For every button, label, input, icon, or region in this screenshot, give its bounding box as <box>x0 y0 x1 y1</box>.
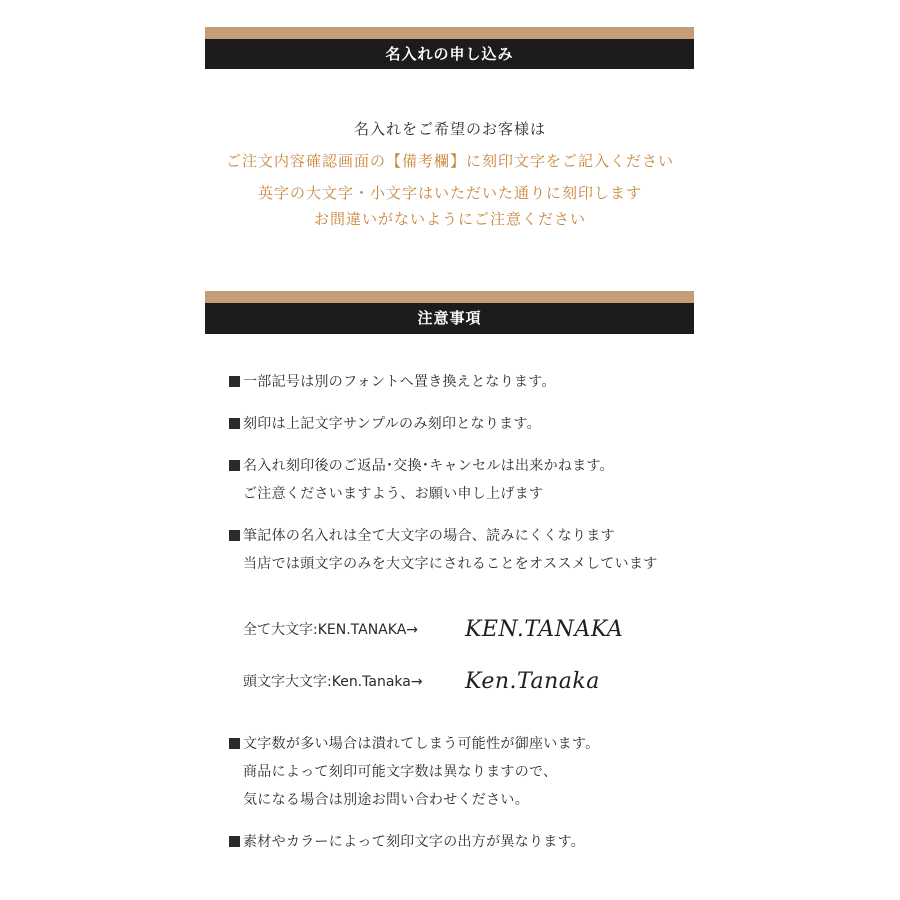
note-item: 素材やカラーによって刻印文字の出方が異なります。 <box>229 828 585 856</box>
section-header-apply: 名入れの申し込み <box>205 27 694 69</box>
square-bullet-icon <box>229 530 240 541</box>
note-text: 一部記号は別のフォントへ置き換えとなります。 <box>243 374 556 390</box>
note-text: 刻印は上記文字サンプルのみ刻印となります。 <box>243 416 541 432</box>
square-bullet-icon <box>229 836 240 847</box>
section-title-apply: 名入れの申し込み <box>205 39 694 69</box>
intro-lead-text: 名入れをご希望のお客様は <box>200 116 700 142</box>
note-text: ご注意くださいますよう、お願い申し上げます <box>229 480 614 508</box>
square-bullet-icon <box>229 738 240 749</box>
sample-all-caps: 全て大文字:KEN.TANAKA→ KEN.TANAKA <box>243 612 663 664</box>
intro-caution-note: お間違いがないようにご注意ください <box>200 206 700 232</box>
note-item: 刻印は上記文字サンプルのみ刻印となります。 <box>229 410 541 438</box>
square-bullet-icon <box>229 376 240 387</box>
sample-label: 頭文字大文字:Ken.Tanaka→ <box>243 672 423 692</box>
intro-case-note: 英字の大文字・小文字はいただいた通りに刻印します <box>200 180 700 206</box>
square-bullet-icon <box>229 460 240 471</box>
note-text: 素材やカラーによって刻印文字の出方が異なります。 <box>243 834 585 850</box>
note-text: 商品によって刻印可能文字数は異なりますので、 <box>229 758 599 786</box>
script-sample-image: KEN.TANAKA <box>465 612 623 648</box>
note-item: 筆記体の名入れは全て大文字の場合、読みにくくなります 当店では頭文字のみを大文字… <box>229 522 658 578</box>
note-text: 当店では頭文字のみを大文字にされることをオススメしています <box>229 550 658 578</box>
sample-initial-caps: 頭文字大文字:Ken.Tanaka→ Ken.Tanaka <box>243 664 663 716</box>
square-bullet-icon <box>229 418 240 429</box>
header-accent-stripe <box>205 291 694 303</box>
note-text: 名入れ刻印後のご返品･交換･キャンセルは出来かねます。 <box>243 458 614 474</box>
note-item: 名入れ刻印後のご返品･交換･キャンセルは出来かねます。 ご注意くださいますよう、… <box>229 452 614 508</box>
section-header-notes: 注意事項 <box>205 291 694 334</box>
note-item: 文字数が多い場合は潰れてしまう可能性が御座います。 商品によって刻印可能文字数は… <box>229 730 599 814</box>
intro-block: 名入れをご希望のお客様は ご注文内容確認画面の【備考欄】に刻印文字をご記入くださ… <box>200 116 700 232</box>
script-sample-image: Ken.Tanaka <box>465 664 600 700</box>
note-item: 一部記号は別のフォントへ置き換えとなります。 <box>229 368 556 396</box>
header-accent-stripe <box>205 27 694 39</box>
note-text: 筆記体の名入れは全て大文字の場合、読みにくくなります <box>243 528 615 544</box>
note-text: 文字数が多い場合は潰れてしまう可能性が御座います。 <box>243 736 599 752</box>
section-title-notes: 注意事項 <box>205 303 694 334</box>
intro-instruction-text: ご注文内容確認画面の【備考欄】に刻印文字をご記入ください <box>200 148 700 174</box>
sample-label: 全て大文字:KEN.TANAKA→ <box>243 620 418 640</box>
engraving-samples: 全て大文字:KEN.TANAKA→ KEN.TANAKA 頭文字大文字:Ken.… <box>243 612 663 716</box>
note-text: 気になる場合は別途お問い合わせください。 <box>229 786 599 814</box>
